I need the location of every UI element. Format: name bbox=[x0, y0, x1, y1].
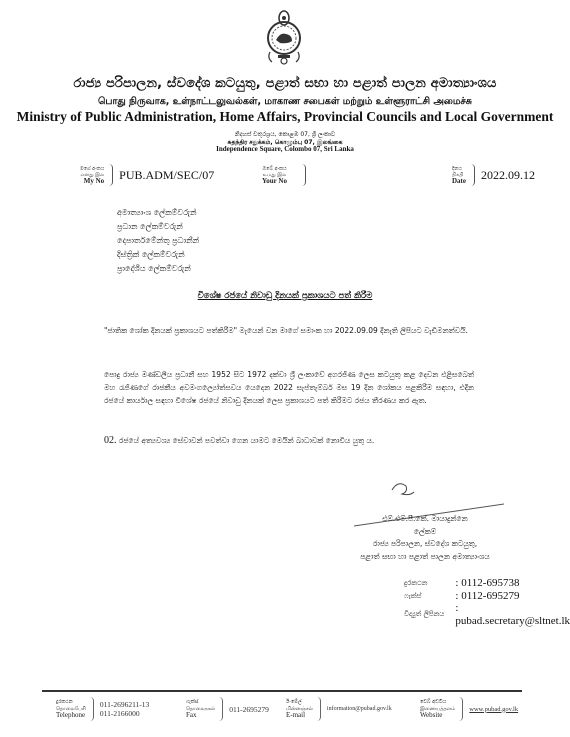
addressee-list: අමාත්‍යාංශ ලේකම්වරුන් ප්‍රධාන ලේකම්වරුන්… bbox=[117, 206, 199, 276]
my-no-label-en: My No bbox=[80, 178, 104, 184]
contact-label: ෆැක්ස් bbox=[404, 590, 455, 603]
signatory-contacts: දුරකථන: 0112-695738 ෆැක්ස්: 0112-695279 … bbox=[404, 577, 570, 627]
ministry-address: නිදහස් චතුරශ්‍රය, කොළඹ 07, ශ්‍රී ලංකාව ச… bbox=[0, 131, 570, 154]
letter-subject: විශේෂ රජයේ නිවාඩු දිනයක් ප්‍රකාශයට පත් ක… bbox=[0, 291, 570, 301]
contact-row: විද්‍යුත් ලිපිනය: pubad.secretary@sltnet… bbox=[404, 602, 570, 627]
signatory-ministry-line1: රාජ්‍ය පරිපාලන, ස්වදේශ කටයුතු, bbox=[330, 538, 520, 551]
date-label-en: Date bbox=[452, 178, 466, 184]
signature-block: එම්.එම්.පී.කේ. මායාදුන්නෙ ලේකම් රාජ්‍ය ප… bbox=[330, 495, 520, 563]
your-no-label-en: Your No bbox=[262, 178, 287, 184]
brace-divider bbox=[219, 697, 223, 721]
your-no-field: ඔබේ අංකය உமது இல Your No bbox=[262, 164, 312, 186]
addressee: දෙපාර්තමේන්තු ප්‍රධානීන් bbox=[117, 234, 199, 248]
my-no-field: මගේ අංකය எனது இல My No PUB.ADM/SEC/07 bbox=[80, 164, 214, 186]
fax-label-en: Fax bbox=[186, 712, 215, 719]
telephone-label-en: Telephone bbox=[56, 712, 86, 719]
signatory-ministry-line2: පළාත් සභා හා පළාත් පාලන අමාත්‍යාංශය bbox=[330, 551, 520, 564]
body-paragraph-1: "ජාතික ශෝක දිනයක් ප්‍රකාශයට පත්කිරීම" මැ… bbox=[104, 324, 474, 337]
email-value[interactable]: information@pubad.gov.lk bbox=[327, 705, 392, 714]
telephone-value: 011-2166000 bbox=[100, 709, 149, 718]
date-field: දිනය திகதி Date 2022.09.12 bbox=[452, 164, 535, 186]
website-label-en: Website bbox=[420, 712, 455, 719]
contact-label: දුරකථන bbox=[404, 577, 455, 590]
body-paragraph-3: 02. රජයේ අත්‍යවශ්‍ය සේවාවන් පවත්වා ගෙන ය… bbox=[104, 434, 474, 447]
contact-row: ෆැක්ස්: 0112-695279 bbox=[404, 590, 570, 603]
paragraph-number: 02. bbox=[104, 435, 117, 446]
footer-email: ඊ-මේල් மின்னஞ்சல் E-mail information@pub… bbox=[286, 697, 392, 721]
addressee: අමාත්‍යාංශ ලේකම්වරුන් bbox=[117, 206, 199, 220]
addressee: ප්‍රධාන ලේකම්වරුන් bbox=[117, 220, 199, 234]
brace-divider bbox=[459, 697, 463, 721]
signatory-name: එම්.එම්.පී.කේ. මායාදුන්නෙ bbox=[330, 513, 520, 526]
brace-divider bbox=[317, 697, 321, 721]
website-link[interactable]: www.pubad.gov.lk bbox=[469, 705, 518, 714]
ministry-name-sinhala: රාජ්‍ය පරිපාලන, ස්වදේශ කටයුතු, පළාත් සභා… bbox=[0, 76, 570, 91]
contact-value[interactable]: : pubad.secretary@sltnet.lk bbox=[455, 602, 570, 627]
address-sinhala: නිදහස් චතුරශ්‍රය, කොළඹ 07, ශ්‍රී ලංකාව bbox=[0, 131, 570, 139]
email-label-en: E-mail bbox=[286, 712, 313, 719]
addressee: ප්‍රාදේශීය ලේකම්වරුන් bbox=[117, 262, 199, 276]
footer-telephone: දුරකථන தொலைபேசி Telephone 011-2696211-13… bbox=[56, 697, 149, 721]
brace-divider bbox=[470, 164, 475, 186]
signatory-title: ලේකම් bbox=[330, 526, 520, 539]
ministry-name-tamil: பொது நிருவாக, உள்நாட்டலுவல்கள், மாகாண சப… bbox=[0, 96, 570, 108]
date-value: 2022.09.12 bbox=[481, 168, 535, 183]
contact-value: : 0112-695279 bbox=[455, 590, 570, 603]
body-paragraph-2: පොදු රාජ්‍ය මණ්ඩලීය ප්‍රධානී සහ 1952 සිට… bbox=[104, 368, 474, 407]
brace-divider bbox=[108, 164, 113, 186]
my-no-value: PUB.ADM/SEC/07 bbox=[119, 168, 214, 183]
contact-value: : 0112-695738 bbox=[455, 577, 570, 590]
ministry-name-english: Ministry of Public Administration, Home … bbox=[0, 109, 570, 125]
footer-fax: ෆැක්ස් தொலைநகல் Fax 011-2695279 bbox=[186, 697, 269, 721]
fax-value: 011-2695279 bbox=[229, 705, 269, 714]
telephone-value: 011-2696211-13 bbox=[100, 700, 149, 709]
government-emblem-icon bbox=[262, 8, 306, 66]
addressee: දිස්ත්‍රික් ලේකම්වරුන් bbox=[117, 248, 199, 262]
address-english: Independence Square, Colombo 07, Sri Lan… bbox=[0, 146, 570, 154]
contact-row: දුරකථන: 0112-695738 bbox=[404, 577, 570, 590]
brace-divider bbox=[301, 164, 306, 186]
footer-website: වෙබ් අඩවිය இணையத்தளம் Website www.pubad.… bbox=[420, 697, 518, 721]
footer-divider bbox=[42, 690, 522, 692]
contact-label: විද්‍යුත් ලිපිනය bbox=[404, 602, 455, 627]
paragraph-text: රජයේ අත්‍යවශ්‍ය සේවාවන් පවත්වා ගෙන යාමට … bbox=[119, 436, 374, 445]
brace-divider bbox=[90, 697, 94, 721]
